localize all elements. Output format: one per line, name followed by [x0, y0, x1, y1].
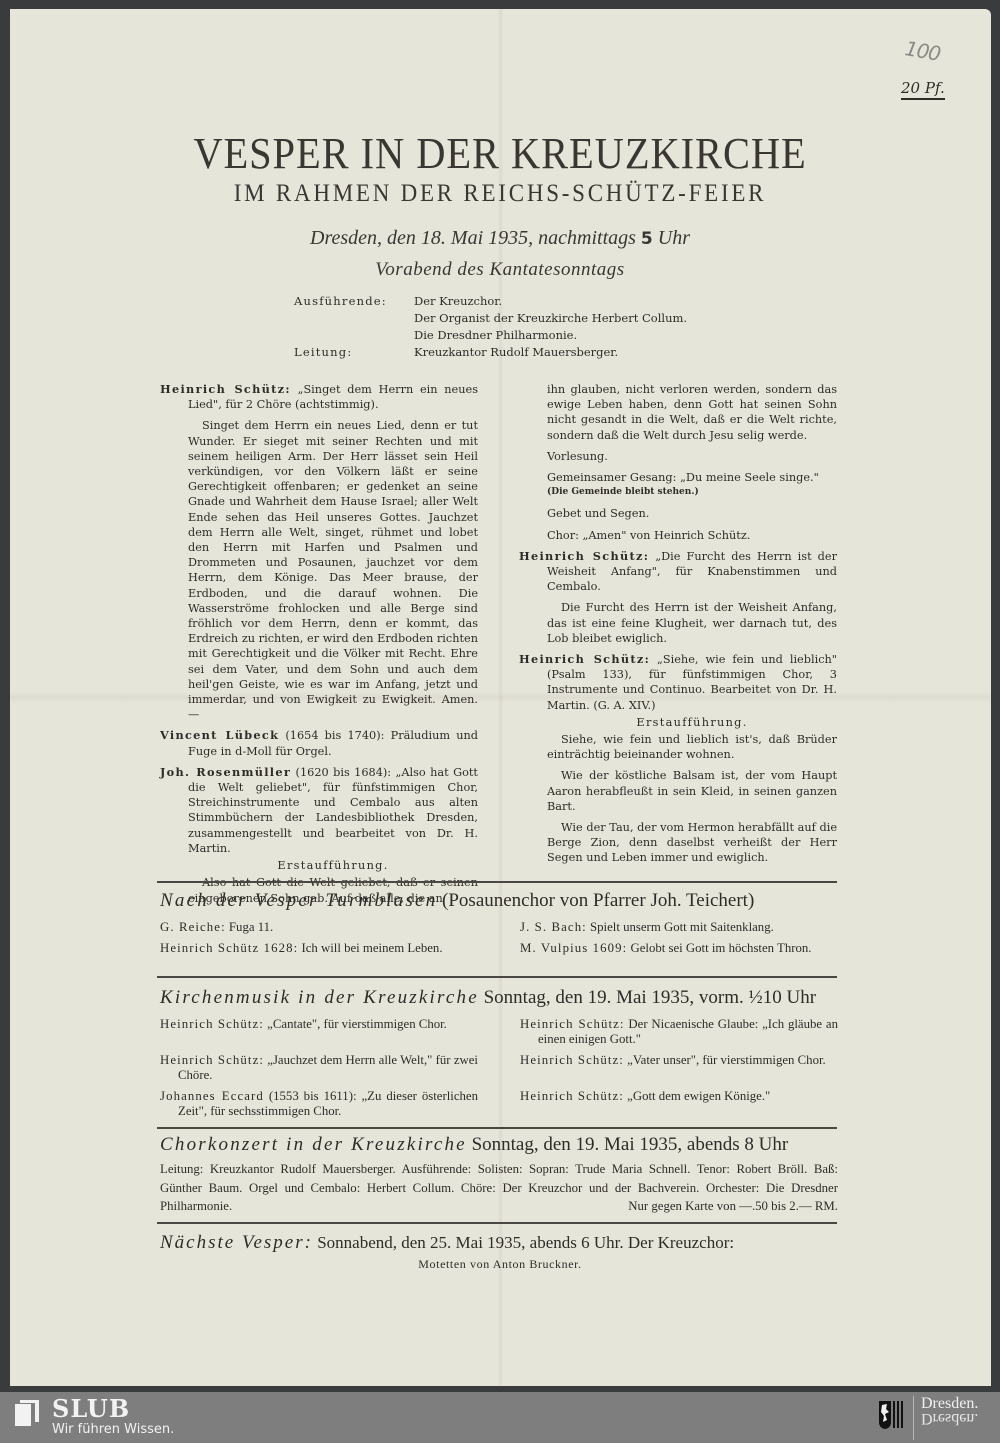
price-label: 20 Pf. [901, 79, 945, 100]
section-divider [157, 1222, 837, 1224]
list-item: Heinrich Schütz: „Gott dem ewigen Könige… [520, 1089, 838, 1119]
premiere-note: Erstaufführung. [160, 858, 478, 873]
composer: Heinrich Schütz: [519, 549, 649, 563]
kirchenmusik-heading: Kirchenmusik in der Kreuzkirche Sonntag,… [160, 987, 838, 1009]
performer: Die Dresdner Philharmonie. [414, 327, 577, 344]
performers-label: Ausführende: [294, 293, 414, 310]
section-divider [157, 881, 837, 883]
list-item: Heinrich Schütz: „Vater unser", für vier… [520, 1053, 838, 1083]
program-item: Joh. Rosenmüller (1620 bis 1684): „Also … [160, 765, 478, 856]
section-divider [157, 1127, 837, 1129]
dateline: Dresden, den 18. Mai 1935, nachmittags 5… [0, 227, 1000, 250]
dateline-hour: 5 [641, 229, 653, 249]
dresden-crest-icon [878, 1400, 904, 1430]
next-vesper-date: Sonnabend, den 25. Mai 1935, abends 6 Uh… [313, 1233, 734, 1252]
slub-logo-icon [13, 1398, 41, 1428]
program-item: Heinrich Schütz: „Singet dem Herrn ein n… [160, 382, 478, 412]
footer-divider [913, 1396, 914, 1440]
lyrics: Siehe, wie fein und lieblich ist's, daß … [519, 732, 837, 762]
list-item: Johannes Eccard (1553 bis 1611): „Zu die… [160, 1089, 478, 1119]
lyrics: Die Furcht des Herrn ist der Weisheit An… [519, 600, 837, 646]
composer: Joh. Rosenmüller [160, 765, 291, 779]
composer: Heinrich Schütz: [519, 652, 650, 666]
list-item: J. S. Bach: Spielt unserm Gott mit Saite… [520, 920, 838, 935]
turmblasen-list: G. Reiche: Fuga 11. J. S. Bach: Spielt u… [160, 920, 838, 962]
program-item: Vincent Lübeck (1654 bis 1740): Präludiu… [160, 728, 478, 758]
reading: Vorlesung. [519, 449, 837, 464]
chorkonzert-heading: Chorkonzert in der Kreuzkirche Sonntag, … [160, 1134, 838, 1156]
composer: Vincent Lübeck [160, 728, 279, 742]
list-item: Heinrich Schütz: Der Nicaenische Glaube:… [520, 1017, 838, 1047]
dateline-prefix: Dresden, den 18. Mai 1935, nachmittags [310, 227, 636, 249]
list-item: G. Reiche: Fuga 11. [160, 920, 478, 935]
director: Kreuzkantor Rudolf Mauersberger. [414, 344, 618, 361]
document-title: VESPER IN DER KREUZKIRCHE [40, 128, 960, 179]
chorkonzert-details: Leitung: Kreuzkantor Rudolf Mauersberger… [160, 1160, 838, 1216]
document-subtitle: IM RAHMEN DER REICHS-SCHÜTZ-FEIER [40, 180, 960, 208]
next-vesper-program: Motetten von Anton Bruckner. [0, 1257, 1000, 1272]
pencil-note: 100 [903, 36, 942, 66]
program-column-right: ihn glauben, nicht verloren werden, sond… [519, 382, 837, 872]
list-item: M. Vulpius 1609: Gelobt sei Gott im höch… [520, 941, 838, 956]
next-vesper-title: Nächste Vesper: [160, 1232, 313, 1253]
list-item: Heinrich Schütz: „Jauchzet dem Herrn all… [160, 1053, 478, 1083]
section-title: Kirchenmusik in der Kreuzkirche [160, 987, 479, 1008]
section-title: Nach der Vesper Turmblasen [160, 890, 437, 911]
dateline-suffix: Uhr [658, 227, 690, 249]
direction-label: Leitung: [294, 344, 414, 361]
hymn-note: (Die Gemeinde bleibt stehen.) [519, 485, 837, 500]
performer: Der Organist der Kreuzkirche Herbert Col… [414, 310, 687, 327]
program-item: Heinrich Schütz: „Die Furcht des Herrn i… [519, 549, 837, 595]
hymn: Gemeinsamer Gesang: „Du meine Seele sing… [519, 470, 837, 485]
slub-brand: SLUB [52, 1394, 130, 1423]
list-item: Heinrich Schütz 1628: Ich will bei meine… [160, 941, 478, 956]
list-item: Heinrich Schütz: „Cantate", für vierstim… [160, 1017, 478, 1047]
next-vesper: Nächste Vesper: Sonnabend, den 25. Mai 1… [160, 1232, 838, 1254]
lyrics-continued: ihn glauben, nicht verloren werden, sond… [519, 382, 837, 443]
lyrics: Wie der Tau, der vom Hermon herabfällt a… [519, 820, 837, 866]
performers-block: Ausführende:Der Kreuzchor. Der Organist … [294, 293, 687, 361]
eve-line: Vorabend des Kantatesonntags [0, 259, 1000, 281]
slub-tagline: Wir führen Wissen. [52, 1422, 174, 1437]
section-note: Sonntag, den 19. Mai 1935, abends 8 Uhr [467, 1134, 788, 1155]
performer: Der Kreuzchor. [414, 293, 502, 310]
lyrics: Wie der köstliche Balsam ist, der vom Ha… [519, 768, 837, 814]
amen: Chor: „Amen" von Heinrich Schütz. [519, 528, 837, 543]
dresden-logo: Dresden. Dresden. [921, 1396, 978, 1426]
section-note: Sonntag, den 19. Mai 1935, vorm. ½10 Uhr [479, 987, 816, 1008]
section-divider [157, 976, 837, 978]
program-item: Heinrich Schütz: „Siehe, wie fein und li… [519, 652, 837, 713]
footer-bar: SLUB Wir führen Wissen. Dresden. Dresden… [0, 1392, 1000, 1443]
section-title: Chorkonzert in der Kreuzkirche [160, 1134, 467, 1155]
program-column-left: Heinrich Schütz: „Singet dem Herrn ein n… [160, 382, 478, 912]
section-note: (Posaunenchor von Pfarrer Joh. Teichert) [437, 890, 754, 911]
work-title: (1620 bis 1684): „Also hat Gott die Welt… [188, 766, 478, 855]
prayer: Gebet und Segen. [519, 506, 837, 521]
lyrics: Singet dem Herrn ein neues Lied, denn er… [160, 418, 478, 722]
premiere-note: Erstaufführung. [519, 715, 837, 730]
turmblasen-heading: Nach der Vesper Turmblasen (Posaunenchor… [160, 890, 838, 912]
ticket-price: Nur gegen Karte von —.50 bis 2.— RM. [628, 1197, 838, 1216]
kirchenmusik-list: Heinrich Schütz: „Cantate", für vierstim… [160, 1017, 838, 1125]
composer: Heinrich Schütz: [160, 382, 291, 396]
